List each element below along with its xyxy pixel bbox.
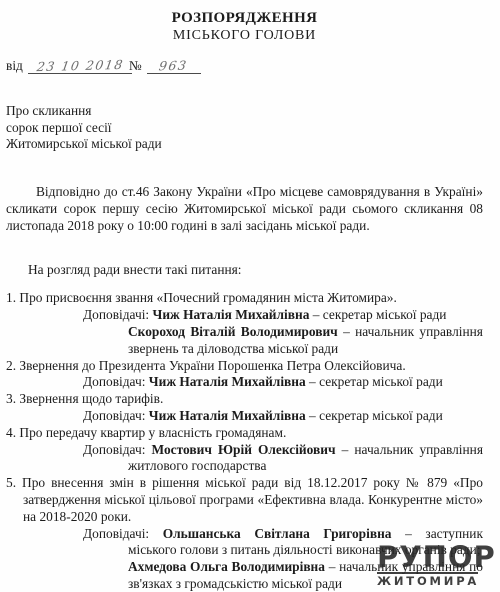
agenda-item-title: 4. Про передачу квартир у власність гром…	[6, 425, 483, 442]
agenda-item-2: 2. Звернення до Президента України Порош…	[6, 358, 483, 392]
agenda-item-number: 1.	[6, 290, 16, 305]
speakers-block: Доповідач: Чиж Наталія Михайлівна – секр…	[83, 374, 483, 391]
date-fill-field: 23 10 2018	[28, 58, 132, 74]
document-title: РОЗПОРЯДЖЕННЯ	[6, 10, 483, 27]
number-sign-label: №	[129, 58, 142, 73]
agenda-intro: На розгляд ради внести такі питання:	[6, 262, 483, 279]
handwritten-number: 963	[158, 58, 189, 76]
speaker-line: Доповідачі: Чиж Наталія Михайлівна – сек…	[83, 307, 483, 324]
speaker-line: Доповідач: Чиж Наталія Михайлівна – секр…	[83, 408, 483, 425]
speakers-label: Доповідач:	[83, 374, 145, 389]
speakers-block: Доповідачі: Ольшанська Світлана Григорів…	[83, 526, 483, 592]
handwritten-date: 23 10 2018	[35, 57, 124, 76]
agenda-item-title: 3. Звернення щодо тарифів.	[6, 391, 483, 408]
speaker-name: Скороход Віталій Володимирович	[128, 324, 338, 339]
speakers-block: Доповідач: Чиж Наталія Михайлівна – секр…	[83, 408, 483, 425]
agenda-item-1: 1. Про присвоєння звання «Почесний грома…	[6, 290, 483, 357]
agenda-item-title: 2. Звернення до Президента України Порош…	[6, 358, 483, 375]
agenda-item-text: Звернення щодо тарифів.	[19, 391, 163, 406]
date-prefix-label: від	[6, 58, 23, 73]
agenda-item-number: 2.	[6, 358, 16, 373]
speaker-role: – секретар міської ради	[309, 374, 443, 389]
speaker-name: Мостович Юрій Олексійович	[152, 442, 336, 457]
agenda-item-number: 4.	[6, 425, 16, 440]
speaker-name: Ахмедова Ольга Володимирівна	[128, 559, 325, 574]
speaker-name: Чиж Наталія Михайлівна	[153, 307, 310, 322]
speaker-line: Доповідачі: Ольшанська Світлана Григорів…	[83, 526, 483, 560]
agenda-item-number: 5.	[6, 475, 16, 490]
agenda-list: 1. Про присвоєння звання «Почесний грома…	[6, 290, 483, 592]
main-paragraph: Відповідно до ст.46 Закону України «Про …	[6, 184, 483, 234]
agenda-item-title: 5. Про внесення змін в рішення міської р…	[6, 475, 483, 525]
agenda-item-5: 5. Про внесення змін в рішення міської р…	[6, 475, 483, 592]
agenda-item-3: 3. Звернення щодо тарифів. Доповідач: Чи…	[6, 391, 483, 425]
agenda-item-text: Про присвоєння звання «Почесний громадян…	[19, 290, 396, 305]
subject-line-3: Житомирської міської ради	[6, 136, 483, 153]
speakers-block: Доповідачі: Чиж Наталія Михайлівна – сек…	[83, 307, 483, 357]
date-number-line: від23 10 2018№963	[6, 58, 483, 75]
speaker-name: Чиж Наталія Михайлівна	[149, 374, 306, 389]
speakers-label: Доповідач:	[83, 442, 145, 457]
agenda-item-4: 4. Про передачу квартир у власність гром…	[6, 425, 483, 475]
agenda-item-title: 1. Про присвоєння звання «Почесний грома…	[6, 290, 483, 307]
speaker-line: Доповідач: Мостович Юрій Олексійович – н…	[83, 442, 483, 476]
speaker-line: Доповідач: Чиж Наталія Михайлівна – секр…	[83, 374, 483, 391]
subject-line-2: сорок першої сесії	[6, 120, 483, 137]
speaker-name: Ольшанська Світлана Григорівна	[163, 526, 392, 541]
number-fill-field: 963	[147, 58, 201, 74]
speaker-line: Ахмедова Ольга Володимирівна – начальник…	[83, 559, 483, 592]
speaker-role: – секретар міської ради	[313, 307, 447, 322]
speakers-label: Доповідачі:	[83, 307, 149, 322]
speaker-name: Чиж Наталія Михайлівна	[149, 408, 306, 423]
subject-line-1: Про скликання	[6, 103, 483, 120]
agenda-item-number: 3.	[6, 391, 16, 406]
subject-block: Про скликання сорок першої сесії Житомир…	[6, 103, 483, 153]
agenda-item-text: Звернення до Президента України Порошенк…	[19, 358, 405, 373]
speaker-line: Скороход Віталій Володимирович – начальн…	[83, 324, 483, 358]
speaker-role: – секретар міської ради	[309, 408, 443, 423]
speakers-label: Доповідач:	[83, 408, 145, 423]
agenda-item-text: Про внесення змін в рішення міської ради…	[22, 475, 483, 524]
speakers-label: Доповідачі:	[83, 526, 149, 541]
speakers-block: Доповідач: Мостович Юрій Олексійович – н…	[83, 442, 483, 476]
document-page: РОЗПОРЯДЖЕННЯ МІСЬКОГО ГОЛОВИ від23 10 2…	[0, 0, 500, 592]
document-subtitle: МІСЬКОГО ГОЛОВИ	[6, 27, 483, 44]
agenda-item-text: Про передачу квартир у власність громадя…	[19, 425, 286, 440]
